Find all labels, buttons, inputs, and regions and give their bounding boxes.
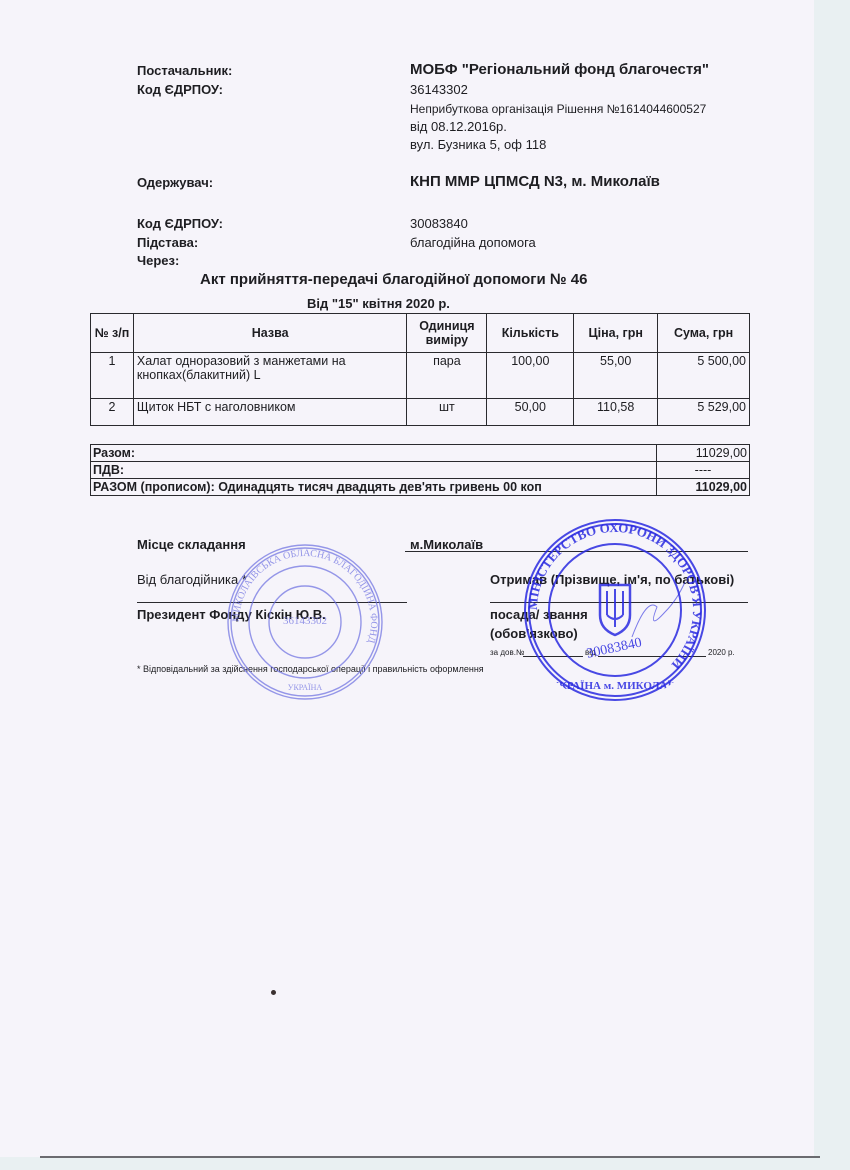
- col-header-name: Назва: [133, 314, 406, 353]
- total-label: Разом:: [91, 445, 657, 462]
- proxy-year: 2020 р.: [708, 648, 735, 657]
- col-header-no: № з/п: [91, 314, 134, 353]
- supplier-address: вул. Бузника 5, оф 118: [410, 137, 546, 152]
- vat-value: ----: [657, 462, 750, 479]
- received-label: Отримав (Прізвище, ім'я, по батькові): [490, 572, 734, 587]
- total-words-row: РАЗОМ (прописом): Одинадцять тисяч двадц…: [91, 479, 750, 496]
- donor-signer: Президент Фонду Кіскін Ю.В.: [137, 607, 326, 622]
- supplier-code: 36143302: [410, 82, 468, 97]
- vat-label: ПДВ:: [91, 462, 657, 479]
- recipient-code-label: Код ЄДРПОУ:: [137, 216, 223, 231]
- supplier-note-date: від 08.12.2016р.: [410, 119, 507, 134]
- recipient-code: 30083840: [410, 216, 468, 231]
- mandatory-label: (обов'язково): [490, 626, 578, 641]
- table-row: 1 Халат одноразовий з манжетами на кнопк…: [91, 353, 750, 399]
- cell-sum: 5 529,00: [658, 399, 750, 426]
- recipient-name: КНП ММР ЦПМСД N3, м. Миколаїв: [410, 173, 660, 190]
- basis-value: благодійна допомога: [410, 235, 536, 250]
- table-row: 2 Щиток НБТ с наголовником шт 50,00 110,…: [91, 399, 750, 426]
- total-row: Разом: 11029,00: [91, 445, 750, 462]
- total-words-value: 11029,00: [657, 479, 750, 496]
- footnote: * Відповідальний за здійснення господарс…: [137, 664, 484, 674]
- from-donor-label: Від благодійника *: [137, 572, 247, 587]
- ink-speck: [271, 990, 276, 995]
- basis-label: Підстава:: [137, 235, 198, 250]
- document-title: Акт прийняття-передачі благодійної допом…: [200, 271, 588, 288]
- document-date: Від "15" квітня 2020 р.: [307, 296, 450, 311]
- cell-qty: 100,00: [487, 353, 574, 399]
- supplier-note: Неприбуткова організація Рішення №161404…: [410, 102, 706, 116]
- col-header-qty: Кількість: [487, 314, 574, 353]
- proxy-prefix: за дов.№: [490, 648, 525, 657]
- total-words-label: РАЗОМ (прописом): Одинадцять тисяч двадц…: [91, 479, 657, 496]
- table-header-row: № з/п Назва Одиниця виміру Кількість Цін…: [91, 314, 750, 353]
- col-header-sum: Сума, грн: [658, 314, 750, 353]
- cell-name: Щиток НБТ с наголовником: [133, 399, 406, 426]
- col-header-price: Ціна, грн: [574, 314, 658, 353]
- items-table: № з/п Назва Одиниця виміру Кількість Цін…: [90, 313, 750, 426]
- recipient-signature-line: [490, 602, 748, 603]
- recipient-label: Одержувач:: [137, 175, 213, 190]
- cell-name: Халат одноразовий з манжетами на кнопках…: [133, 353, 406, 399]
- proxy-date-line: [598, 656, 706, 657]
- proxy-number-line: [523, 656, 583, 657]
- supplier-label: Постачальник:: [137, 63, 232, 78]
- vat-row: ПДВ: ----: [91, 462, 750, 479]
- via-label: Через:: [137, 253, 179, 268]
- cell-no: 1: [91, 353, 134, 399]
- cell-no: 2: [91, 399, 134, 426]
- proxy-from: від: [585, 648, 596, 657]
- col-header-unit: Одиниця виміру: [407, 314, 487, 353]
- donor-signature-line: [137, 602, 407, 603]
- cell-sum: 5 500,00: [658, 353, 750, 399]
- total-value: 11029,00: [657, 445, 750, 462]
- scan-edge: [40, 1156, 820, 1158]
- cell-price: 110,58: [574, 399, 658, 426]
- cell-unit: пара: [407, 353, 487, 399]
- cell-unit: шт: [407, 399, 487, 426]
- supplier-code-label: Код ЄДРПОУ:: [137, 82, 223, 97]
- position-label: посада/ звання: [490, 607, 588, 622]
- place-value: м.Миколаїв: [410, 537, 483, 552]
- place-label: Місце складання: [137, 537, 246, 552]
- place-underline: [405, 551, 748, 552]
- cell-qty: 50,00: [487, 399, 574, 426]
- supplier-name: МОБФ "Регіональний фонд благочестя": [410, 61, 709, 78]
- cell-price: 55,00: [574, 353, 658, 399]
- totals-table: Разом: 11029,00 ПДВ: ---- РАЗОМ (прописо…: [90, 444, 750, 496]
